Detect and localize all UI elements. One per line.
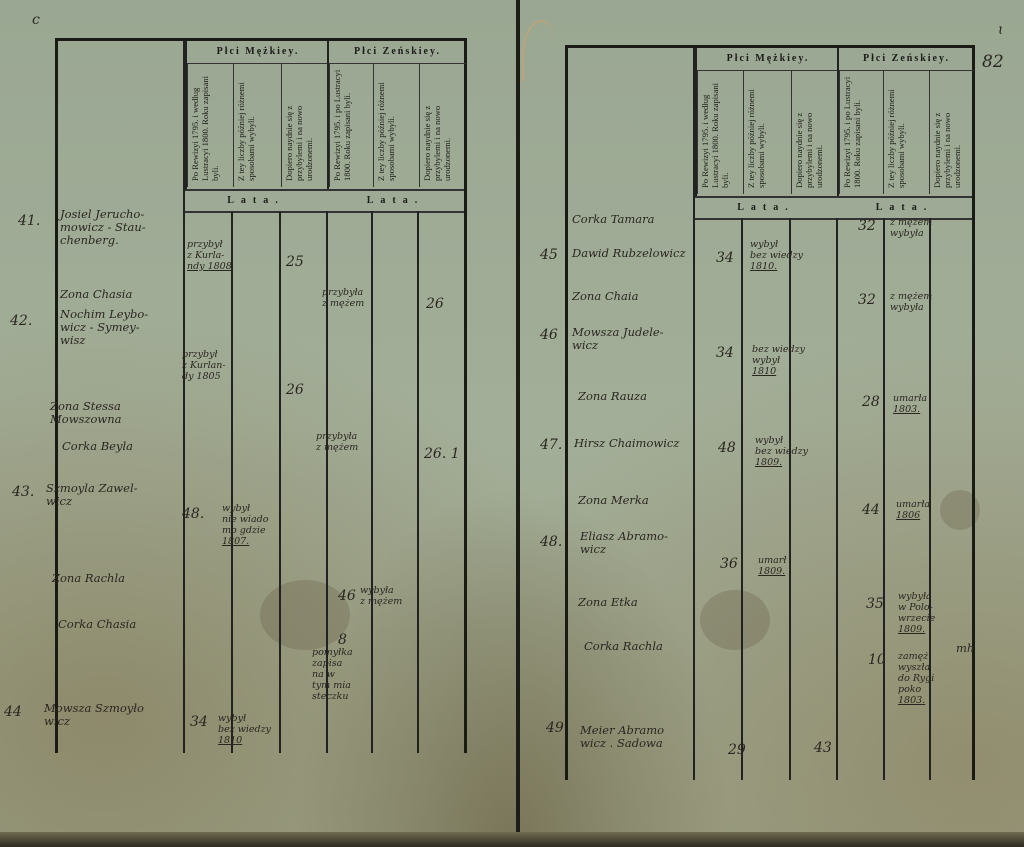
female-left-note: pomyłka zapisa na w tym mia steczku [312, 648, 353, 703]
entry-name: Szmoyla Zawel- wicz [46, 482, 138, 508]
entry-name: Corka Rachla [584, 640, 663, 653]
male-col-left: Z tey liczby później różnemi sposobami w… [743, 70, 792, 194]
name-line: wisz [60, 334, 148, 347]
entry-name: Meier Abramo wicz . Sadowa [580, 724, 664, 750]
male-left-note: wybył bez wiedzy 1810 [218, 714, 271, 747]
female-col-now: Dopiero naydnie się z przybylemi i na no… [929, 70, 975, 194]
book-gutter [516, 0, 520, 847]
female-left-note: wybyła z mężem [360, 586, 402, 608]
female-1795-value: 32 [858, 218, 876, 234]
note-line: 1807. [222, 537, 268, 548]
note-line: wybyła [890, 303, 932, 314]
female-left-note: z mężem wybyła [890, 218, 932, 240]
note-line: dy 1805 [182, 372, 226, 383]
header-text: Z tey liczby później różnemi sposobami w… [374, 63, 420, 185]
male-left-note: bez wiedzy wybył 1810 [752, 345, 805, 378]
male-header: Płci Mężkiey. Po Rewizyi 1795. i według … [185, 41, 329, 189]
entry-name: Hirsz Chaimowicz [574, 437, 679, 450]
page-bottom-edge [0, 832, 1024, 847]
corner-mark-left: c [32, 12, 40, 28]
note-line: z mężem [316, 443, 358, 454]
note-line: 1810 [752, 367, 805, 378]
note-line: ndy 1808 [187, 262, 232, 273]
column-rule [836, 218, 838, 780]
male-left-note: wybył bez wiedzy 1810. [750, 240, 803, 273]
male-col-now: Dopiero naydnie się z przybylemi i na no… [791, 70, 840, 194]
male-1795-value: 34 [190, 714, 208, 730]
note-line: 1803. [893, 405, 927, 416]
female-left-note: umarła 1803. [893, 394, 927, 416]
column-rule [183, 41, 185, 753]
entry-number: 41. [18, 213, 40, 229]
male-left-note: wybył nie wiado mo gdzie 1807. [222, 504, 268, 548]
entry-number: 42. [10, 313, 32, 329]
header-text: Po Rewizyi 1795. i według Lustracyi 1800… [698, 70, 744, 192]
female-header: Płci Zeńskiey. Po Rewizyi 1795. i po Lus… [327, 41, 466, 189]
column-rule [883, 218, 885, 780]
female-col-1795: Po Rewizyi 1795. i po Lustracyi 1800. Ro… [329, 63, 374, 187]
table-border-left [565, 45, 568, 780]
entry-number: 43. [12, 484, 34, 500]
male-1795-value: 36 [720, 556, 738, 572]
male-now-value: 26 [286, 382, 304, 398]
header-text: Po Rewizyi 1795. i po Lustracyi 1800. Ro… [330, 63, 374, 185]
male-col-left: Z tey liczby później różnemi sposobami w… [233, 63, 282, 187]
male-left-note: umarł 1809. [758, 556, 786, 578]
female-group-label: Płci Zeńskiey. [329, 41, 466, 64]
table-border-left [55, 38, 58, 753]
entry-name: Mowsza Szmoyło wicz [44, 702, 144, 728]
note-line: wybyła [890, 229, 932, 240]
name-line: Mowszowna [50, 413, 122, 426]
male-1795-value: 29 [728, 742, 746, 758]
header-text: Po Rewizyi 1795. i według Lustracyi 1800… [188, 63, 234, 185]
note-line: 1810 [218, 736, 271, 747]
entry-name: Zona Rachla [52, 572, 125, 585]
entry-name: Zona Stessa Mowszowna [50, 400, 122, 426]
column-rule [417, 211, 419, 753]
male-now-value: 43 [814, 740, 832, 756]
entry-number: 47. [540, 437, 562, 453]
female-1795-value: 32 [858, 292, 876, 308]
entry-name: Corka Tamara [572, 213, 654, 226]
female-now-value: 26 [426, 296, 444, 312]
male-left-note: przybył z Kurla- ndy 1808 [187, 240, 232, 273]
entry-name: Zona Chasia [60, 288, 132, 301]
female-col-1795: Po Rewizyi 1795. i po Lustracyi 1800. Ro… [839, 70, 884, 194]
male-left-note: przybył z Kurlan- dy 1805 [182, 350, 226, 383]
entry-name: Josiel Jerucho- mowicz - Stau- chenberg. [60, 208, 146, 248]
page-number: 82 [982, 52, 1004, 72]
note-line: 1806 [896, 511, 930, 522]
entry-name: Zona Merka [578, 494, 649, 507]
female-now-value: 26. 1 [424, 446, 460, 462]
male-1795-value: 34 [716, 345, 734, 361]
female-1795-value: 44 [862, 502, 880, 518]
note-line: 1810. [750, 262, 803, 273]
column-rule [789, 218, 791, 780]
male-years-label: Lata. [185, 189, 327, 213]
female-left-note: przybyła z mężem [322, 288, 364, 310]
entry-number: 44 [4, 704, 22, 720]
female-years-label: Lata. [327, 189, 464, 213]
male-col-now: Dopiero naydnie się z przybylemi i na no… [281, 63, 330, 187]
female-left-note: umarła 1806 [896, 500, 930, 522]
name-line: wicz [572, 339, 664, 352]
female-1795-value: 8 [338, 632, 347, 648]
female-left-note: z mężem wybyła [890, 292, 932, 314]
male-group-label: Płci Mężkiey. [187, 41, 329, 64]
note-line: 1809. [898, 625, 935, 636]
name-line: wicz [580, 543, 668, 556]
female-1795-value: 35 [866, 596, 884, 612]
female-1795-value: 28 [862, 394, 880, 410]
male-col-1795: Po Rewizyi 1795. i według Lustracyi 1800… [187, 63, 234, 187]
male-1795-value: 48. [182, 506, 204, 522]
note-line: 1803. [898, 696, 934, 707]
entry-number: 45 [540, 247, 558, 263]
header-text: Dopiero naydnie się z przybylemi i na no… [420, 63, 467, 185]
entry-name: Corka Beyla [62, 440, 133, 453]
column-rule [231, 211, 233, 753]
entry-name: Zona Chaia [572, 290, 638, 303]
female-1795-value: 10 [868, 652, 886, 668]
male-1795-value: 48 [718, 440, 736, 456]
male-header: Płci Mężkiey. Po Rewizyi 1795. i według … [695, 48, 839, 196]
header-text: Z tey liczby później różnemi sposobami w… [744, 70, 792, 192]
entry-name: Zona Etka [578, 596, 638, 609]
header-text: Dopiero naydnie się z przybylemi i na no… [282, 63, 330, 185]
female-header: Płci Zeńskiey. Po Rewizyi 1795. i po Lus… [837, 48, 974, 196]
entry-number: 46 [540, 327, 558, 343]
female-1795-value: 46 [338, 588, 356, 604]
name-line: wicz [46, 495, 138, 508]
female-col-left: Z tey liczby później różnemi sposobami w… [373, 63, 420, 187]
header-text: Po Rewizyi 1795. i po Lustracyi 1800. Ro… [840, 70, 884, 192]
male-left-note: wybył bez wiedzy 1809. [755, 436, 808, 469]
header-text: Dopiero naydnie się z przybylemi i na no… [792, 70, 840, 192]
entry-number: 48. [540, 534, 562, 550]
header-text: Dopiero naydnie się z przybylemi i na no… [930, 70, 975, 192]
female-col-left: Z tey liczby później różnemi sposobami w… [883, 70, 930, 194]
note-line: 1809. [758, 567, 786, 578]
male-years-label: Lata. [695, 196, 837, 220]
name-line: chenberg. [60, 234, 146, 247]
note-line: z mężem [322, 299, 364, 310]
column-rule [693, 48, 695, 780]
entry-name: Dawid Rubzelowicz [572, 247, 686, 260]
header-text: Z tey liczby później różnemi sposobami w… [234, 63, 282, 185]
male-col-1795: Po Rewizyi 1795. i według Lustracyi 1800… [697, 70, 744, 194]
entry-name: Zona Rauza [578, 390, 647, 403]
column-rule [371, 211, 373, 753]
entry-name: Corka Chasia [58, 618, 136, 631]
female-left-note: zamęż wyszła do Rygi poko 1803. [898, 652, 934, 707]
female-left-note: przybyła z mężem [316, 432, 358, 454]
note-line: z mężem [360, 597, 402, 608]
column-rule [279, 211, 281, 753]
female-col-now: Dopiero naydnie się z przybylemi i na no… [419, 63, 467, 187]
male-group-label: Płci Mężkiey. [697, 48, 839, 71]
left-page-table: Płci Mężkiey. Po Rewizyi 1795. i według … [55, 38, 467, 753]
female-group-label: Płci Zeńskiey. [839, 48, 974, 71]
female-left-note: wybyła w Polo- wrzecie 1809. [898, 592, 935, 636]
note-line: 1809. [755, 458, 808, 469]
male-1795-value: 34 [716, 250, 734, 266]
name-line: wicz [44, 715, 144, 728]
note-line: steczku [312, 692, 353, 703]
corner-mark-right: ɩ [998, 22, 1004, 38]
entry-number: 49 [546, 720, 564, 736]
entry-name: Mowsza Judele- wicz [572, 326, 664, 352]
margin-note: mh [956, 642, 974, 655]
header-text: Z tey liczby później różnemi sposobami w… [884, 70, 930, 192]
entry-name: Nochim Leybo- wicz - Symey- wisz [60, 308, 148, 348]
column-rule [741, 218, 743, 780]
name-line: wicz . Sadowa [580, 737, 664, 750]
entry-name: Eliasz Abramo- wicz [580, 530, 668, 556]
male-now-value: 25 [286, 254, 304, 270]
